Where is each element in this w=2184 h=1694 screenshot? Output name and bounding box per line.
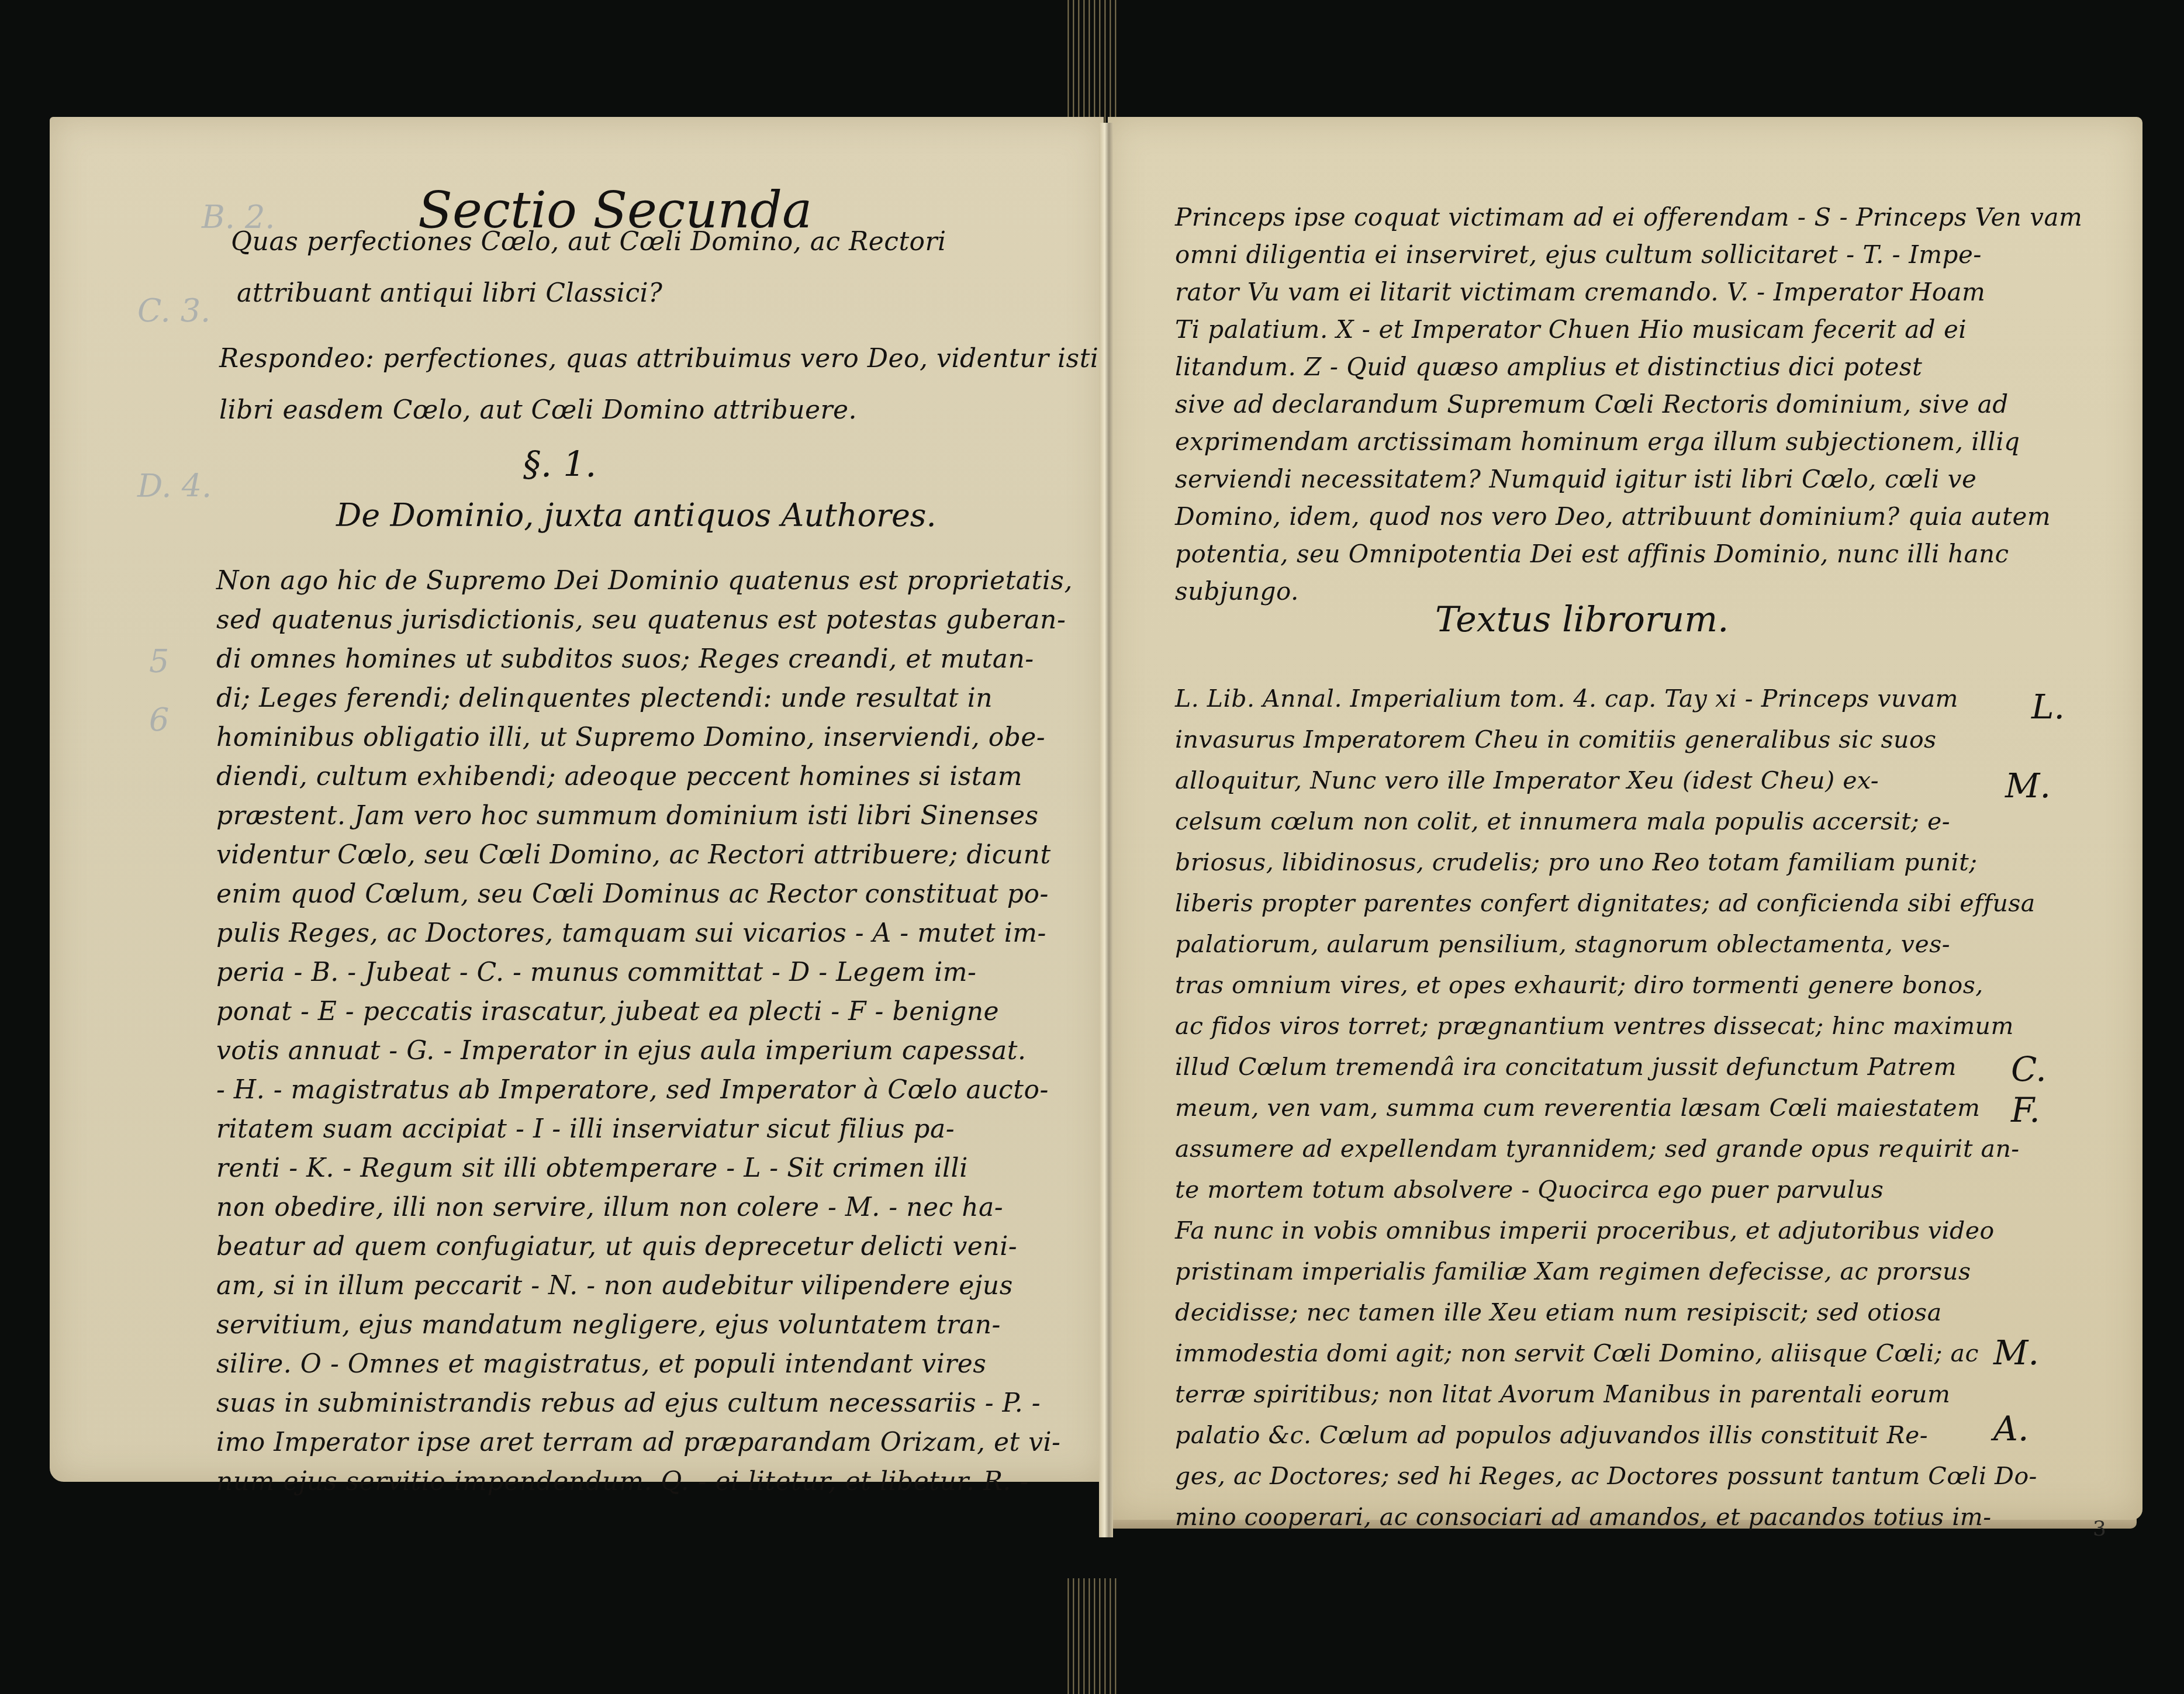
body-line: hominibus obligatio illi, ut Supremo Dom… [216, 718, 1073, 757]
body-line: ac fidos viros torret; prægnantium ventr… [1175, 1005, 2037, 1046]
body-line: diendi, cultum exhibendi; adeoque peccen… [216, 757, 1073, 796]
body-line: decidisse; nec tamen ille Xeu etiam num … [1175, 1292, 2037, 1333]
margin-mark: L. [2031, 687, 2065, 727]
paragraph-mark: §. 1. [523, 444, 596, 485]
right-body-text: L. Lib. Annal. Imperialium tom. 4. cap. … [1175, 678, 2037, 1537]
body-text: Non ago hic de Supremo Dei Dominio quate… [216, 561, 1073, 1501]
body-line: Ti palatium. X - et Imperator Chuen Hio … [1175, 311, 2082, 348]
body-line: am, si in illum peccarit - N. - non aude… [216, 1266, 1073, 1305]
body-line: beatur ad quem confugiatur, ut quis depr… [216, 1227, 1073, 1266]
section-heading: Textus librorum. [1435, 599, 1729, 640]
page-number: 3 [2093, 1517, 2106, 1541]
body-line: Fa nunc in vobis omnibus imperii proceri… [1175, 1210, 2037, 1251]
body-line: - H. - magistratus ab Imperatore, sed Im… [216, 1070, 1073, 1109]
body-line: palatiorum, aularum pensilium, stagnorum… [1175, 924, 2037, 964]
body-line: briosus, libidinosus, crudelis; pro uno … [1175, 842, 2037, 883]
body-line: renti - K. - Regum sit illi obtemperare … [216, 1149, 1073, 1188]
margin-mark: C. [2011, 1049, 2047, 1089]
body-line: di; Leges ferendi; delinquentes plectend… [216, 679, 1073, 718]
body-line: alloquitur, Nunc vero ille Imperator Xeu… [1175, 760, 2037, 801]
body-line: potentia, seu Omnipotentia Dei est affin… [1175, 535, 2082, 573]
margin-mark: M. [1993, 1333, 2039, 1373]
body-line: L. Lib. Annal. Imperialium tom. 4. cap. … [1175, 678, 2037, 719]
body-line: silire. O - Omnes et magistratus, et pop… [216, 1344, 1073, 1384]
body-line: ges, ac Doctores; sed hi Reges, ac Docto… [1175, 1456, 2037, 1496]
question-line: attribuant antiqui libri Classici? [231, 268, 946, 319]
body-line: meum, ven vam, summa cum reverentia læsa… [1175, 1087, 2037, 1128]
body-line: illud Cœlum tremendâ ira concitatum juss… [1175, 1046, 2037, 1087]
ghost-mark-d4: D. 4. [137, 468, 212, 504]
body-line: immodestia domi agit; non servit Cœli Do… [1175, 1333, 2037, 1374]
question-line: Quas perfectiones Cœlo, aut Cœli Domino,… [231, 216, 946, 268]
body-line: serviendi necessitatem? Numquid igitur i… [1175, 461, 2082, 498]
body-line: imo Imperator ipse aret terram ad præpar… [216, 1423, 1073, 1462]
body-line: Non ago hic de Supremo Dei Dominio quate… [216, 561, 1073, 600]
response-line: Respondeo: perfectiones, quas attribuimu… [219, 333, 1098, 385]
body-line: peria - B. - Jubeat - C. - munus committ… [216, 953, 1073, 992]
body-line: celsum cœlum non colit, et innumera mala… [1175, 801, 2037, 842]
body-line: tras omnium vires, et opes exhaurit; dir… [1175, 964, 2037, 1005]
binding-thread-top [1064, 0, 1117, 129]
response-line: libri easdem Cœlo, aut Cœli Domino attri… [219, 385, 1098, 436]
body-line: sive ad declarandum Supremum Cœli Rector… [1175, 386, 2082, 423]
ghost-mark-5: 5 [149, 643, 169, 680]
body-line: suas in subministrandis rebus ad ejus cu… [216, 1384, 1073, 1423]
ghost-mark-6: 6 [149, 701, 169, 738]
book-gutter [1099, 123, 1113, 1537]
body-line: te mortem totum absolvere - Quocirca ego… [1175, 1169, 2037, 1210]
body-line: liberis propter parentes confert dignita… [1175, 883, 2037, 924]
body-line: di omnes homines ut subditos suos; Reges… [216, 639, 1073, 679]
body-line: Princeps ipse coquat victimam ad ei offe… [1175, 199, 2082, 236]
subsection-title: De Dominio, juxta antiquos Authores. [336, 497, 937, 534]
body-line: enim quod Cœlum, seu Cœli Dominus ac Rec… [216, 874, 1073, 914]
body-line: terræ spiritibus; non litat Avorum Manib… [1175, 1374, 2037, 1415]
binding-thread-bottom [1064, 1578, 1117, 1694]
body-line: palatio &c. Cœlum ad populos adjuvandos … [1175, 1415, 2037, 1456]
body-line: sed quatenus jurisdictionis, seu quatenu… [216, 600, 1073, 639]
response-block: Respondeo: perfectiones, quas attribuimu… [219, 333, 1098, 436]
body-line: rator Vu vam ei litarit victimam cremand… [1175, 274, 2082, 311]
body-line: litandum. Z - Quid quæso amplius et dist… [1175, 348, 2082, 386]
right-top-text: Princeps ipse coquat victimam ad ei offe… [1175, 199, 2082, 610]
body-line: pulis Reges, ac Doctores, tamquam sui vi… [216, 914, 1073, 953]
right-page: Princeps ipse coquat victimam ad ei offe… [1108, 117, 2142, 1520]
body-line: ritatem suam accipiat - I - illi inservi… [216, 1109, 1073, 1149]
body-line: omni diligentia ei inserviret, ejus cult… [1175, 236, 2082, 274]
body-line: pristinam imperialis familiæ Xam regimen… [1175, 1251, 2037, 1292]
margin-mark: M. [2005, 766, 2051, 805]
body-line: exprimendam arctissimam hominum erga ill… [1175, 423, 2082, 461]
body-line: votis annuat - G. - Imperator in ejus au… [216, 1031, 1073, 1070]
body-line: ponat - E - peccatis irascatur, jubeat e… [216, 992, 1073, 1031]
ghost-mark-c3: C. 3. [137, 292, 210, 329]
body-line: servitium, ejus mandatum negligere, ejus… [216, 1305, 1073, 1344]
body-line: non obedire, illi non servire, illum non… [216, 1188, 1073, 1227]
left-page: B. 2. C. 3. D. 4. 5 6 Sectio Secunda Qua… [50, 117, 1104, 1482]
margin-mark: F. [2011, 1090, 2040, 1130]
body-line: mino cooperari, ac consociari ad amandos… [1175, 1496, 2037, 1537]
body-line: num ejus servitio impendendum. Q. - ei l… [216, 1462, 1073, 1501]
body-line: invasurus Imperatorem Cheu in comitiis g… [1175, 719, 2037, 760]
body-line: videntur Cœlo, seu Cœli Domino, ac Recto… [216, 835, 1073, 874]
body-line: præstent. Jam vero hoc summum dominium i… [216, 796, 1073, 835]
body-line: assumere ad expellendam tyrannidem; sed … [1175, 1128, 2037, 1169]
margin-mark: A. [1993, 1409, 2029, 1448]
body-line: Domino, idem, quod nos vero Deo, attribu… [1175, 498, 2082, 535]
question-block: Quas perfectiones Cœlo, aut Cœli Domino,… [231, 216, 946, 319]
